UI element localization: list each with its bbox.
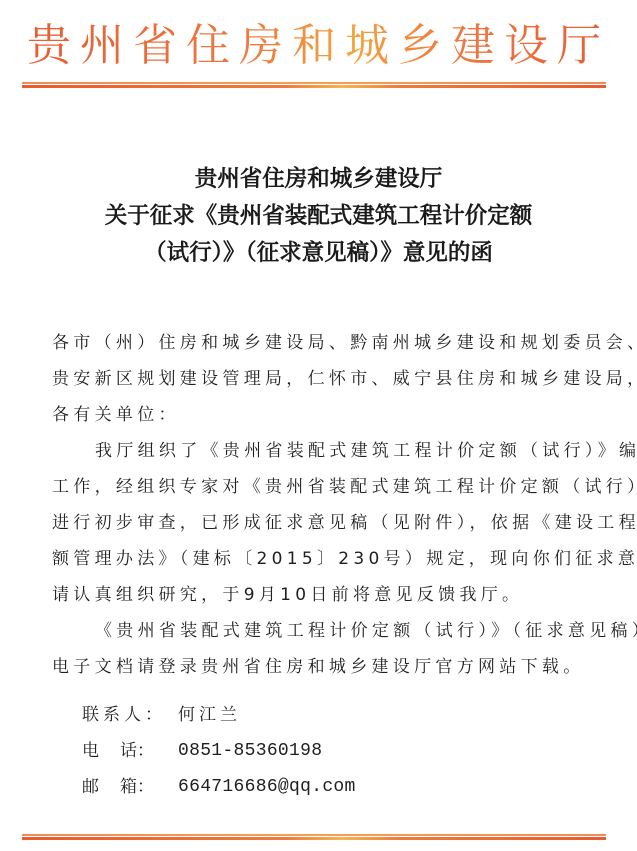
letterhead-red-rule (22, 82, 606, 88)
contact-email-value: 664716686@qq.com (178, 769, 356, 805)
salutation-line-2: 贵安新区规划建设管理局，仁怀市、威宁县住房和城乡建设局， (52, 361, 582, 397)
rule-thick-line (22, 837, 606, 840)
rule-thick-line (22, 85, 606, 88)
salutation-line-3: 各有关单位： (52, 397, 582, 433)
contact-phone-label: 电话： (82, 733, 178, 769)
document-title: 贵州省住房和城乡建设厅 关于征求《贵州省装配式建筑工程计价定额 （试行）》（征求… (0, 161, 637, 272)
title-line-1: 贵州省住房和城乡建设厅 (0, 161, 637, 198)
contact-email-label: 邮箱： (82, 769, 178, 805)
contact-person-row: 联系人： 何江兰 (82, 697, 356, 733)
email-label-char-1: 邮 (82, 769, 120, 805)
contact-phone-value: 0851-85360198 (178, 733, 322, 769)
phone-label-char-1: 电 (82, 733, 120, 769)
salutation-line-1: 各市（州）住房和城乡建设局、黔南州城乡建设和规划委员会、 (52, 325, 582, 361)
title-line-2: 关于征求《贵州省装配式建筑工程计价定额 (0, 198, 637, 235)
phone-label-char-2: 话： (120, 741, 154, 761)
contact-phone-row: 电话： 0851-85360198 (82, 733, 356, 769)
contact-info: 联系人： 何江兰 电话： 0851-85360198 邮箱： 664716686… (82, 697, 356, 805)
paragraph-1-line-2: 工作，经组织专家对《贵州省装配式建筑工程计价定额（试行）》 (52, 469, 582, 505)
paragraph-1-line-3: 进行初步审查，已形成征求意见稿（见附件），依据《建设工程定 (52, 505, 582, 541)
rule-thin-line (22, 834, 606, 836)
email-label-char-2: 箱： (120, 777, 154, 797)
contact-person-value: 何江兰 (178, 697, 241, 733)
rule-thin-line (22, 82, 606, 84)
salutation: 各市（州）住房和城乡建设局、黔南州城乡建设和规划委员会、 贵安新区规划建设管理局… (52, 325, 582, 433)
paragraph-1-line-5: 请认真组织研究，于9月10日前将意见反馈我厅。 (52, 577, 582, 613)
paragraph-2-line-2: 电子文档请登录贵州省住房和城乡建设厅官方网站下载。 (52, 649, 582, 685)
paragraph-1-line-1: 我厅组织了《贵州省装配式建筑工程计价定额（试行）》编制 (52, 433, 582, 469)
paragraph-2: 《贵州省装配式建筑工程计价定额（试行）》（征求意见稿） 电子文档请登录贵州省住房… (52, 613, 582, 685)
title-line-3: （试行）》（征求意见稿）》意见的函 (0, 235, 637, 272)
footer-red-rule (22, 834, 606, 840)
contact-email-row: 邮箱： 664716686@qq.com (82, 769, 356, 805)
paragraph-1: 我厅组织了《贵州省装配式建筑工程计价定额（试行）》编制 工作，经组织专家对《贵州… (52, 433, 582, 613)
contact-person-label: 联系人： (82, 697, 178, 733)
paragraph-2-line-1: 《贵州省装配式建筑工程计价定额（试行）》（征求意见稿） (52, 613, 582, 649)
paragraph-1-line-4: 额管理办法》（建标〔2015〕230号）规定，现向你们征求意见， (52, 541, 582, 577)
document-body: 各市（州）住房和城乡建设局、黔南州城乡建设和规划委员会、 贵安新区规划建设管理局… (52, 325, 582, 685)
letterhead-org-name: 贵州省住房和城乡建设厅 (0, 18, 637, 74)
